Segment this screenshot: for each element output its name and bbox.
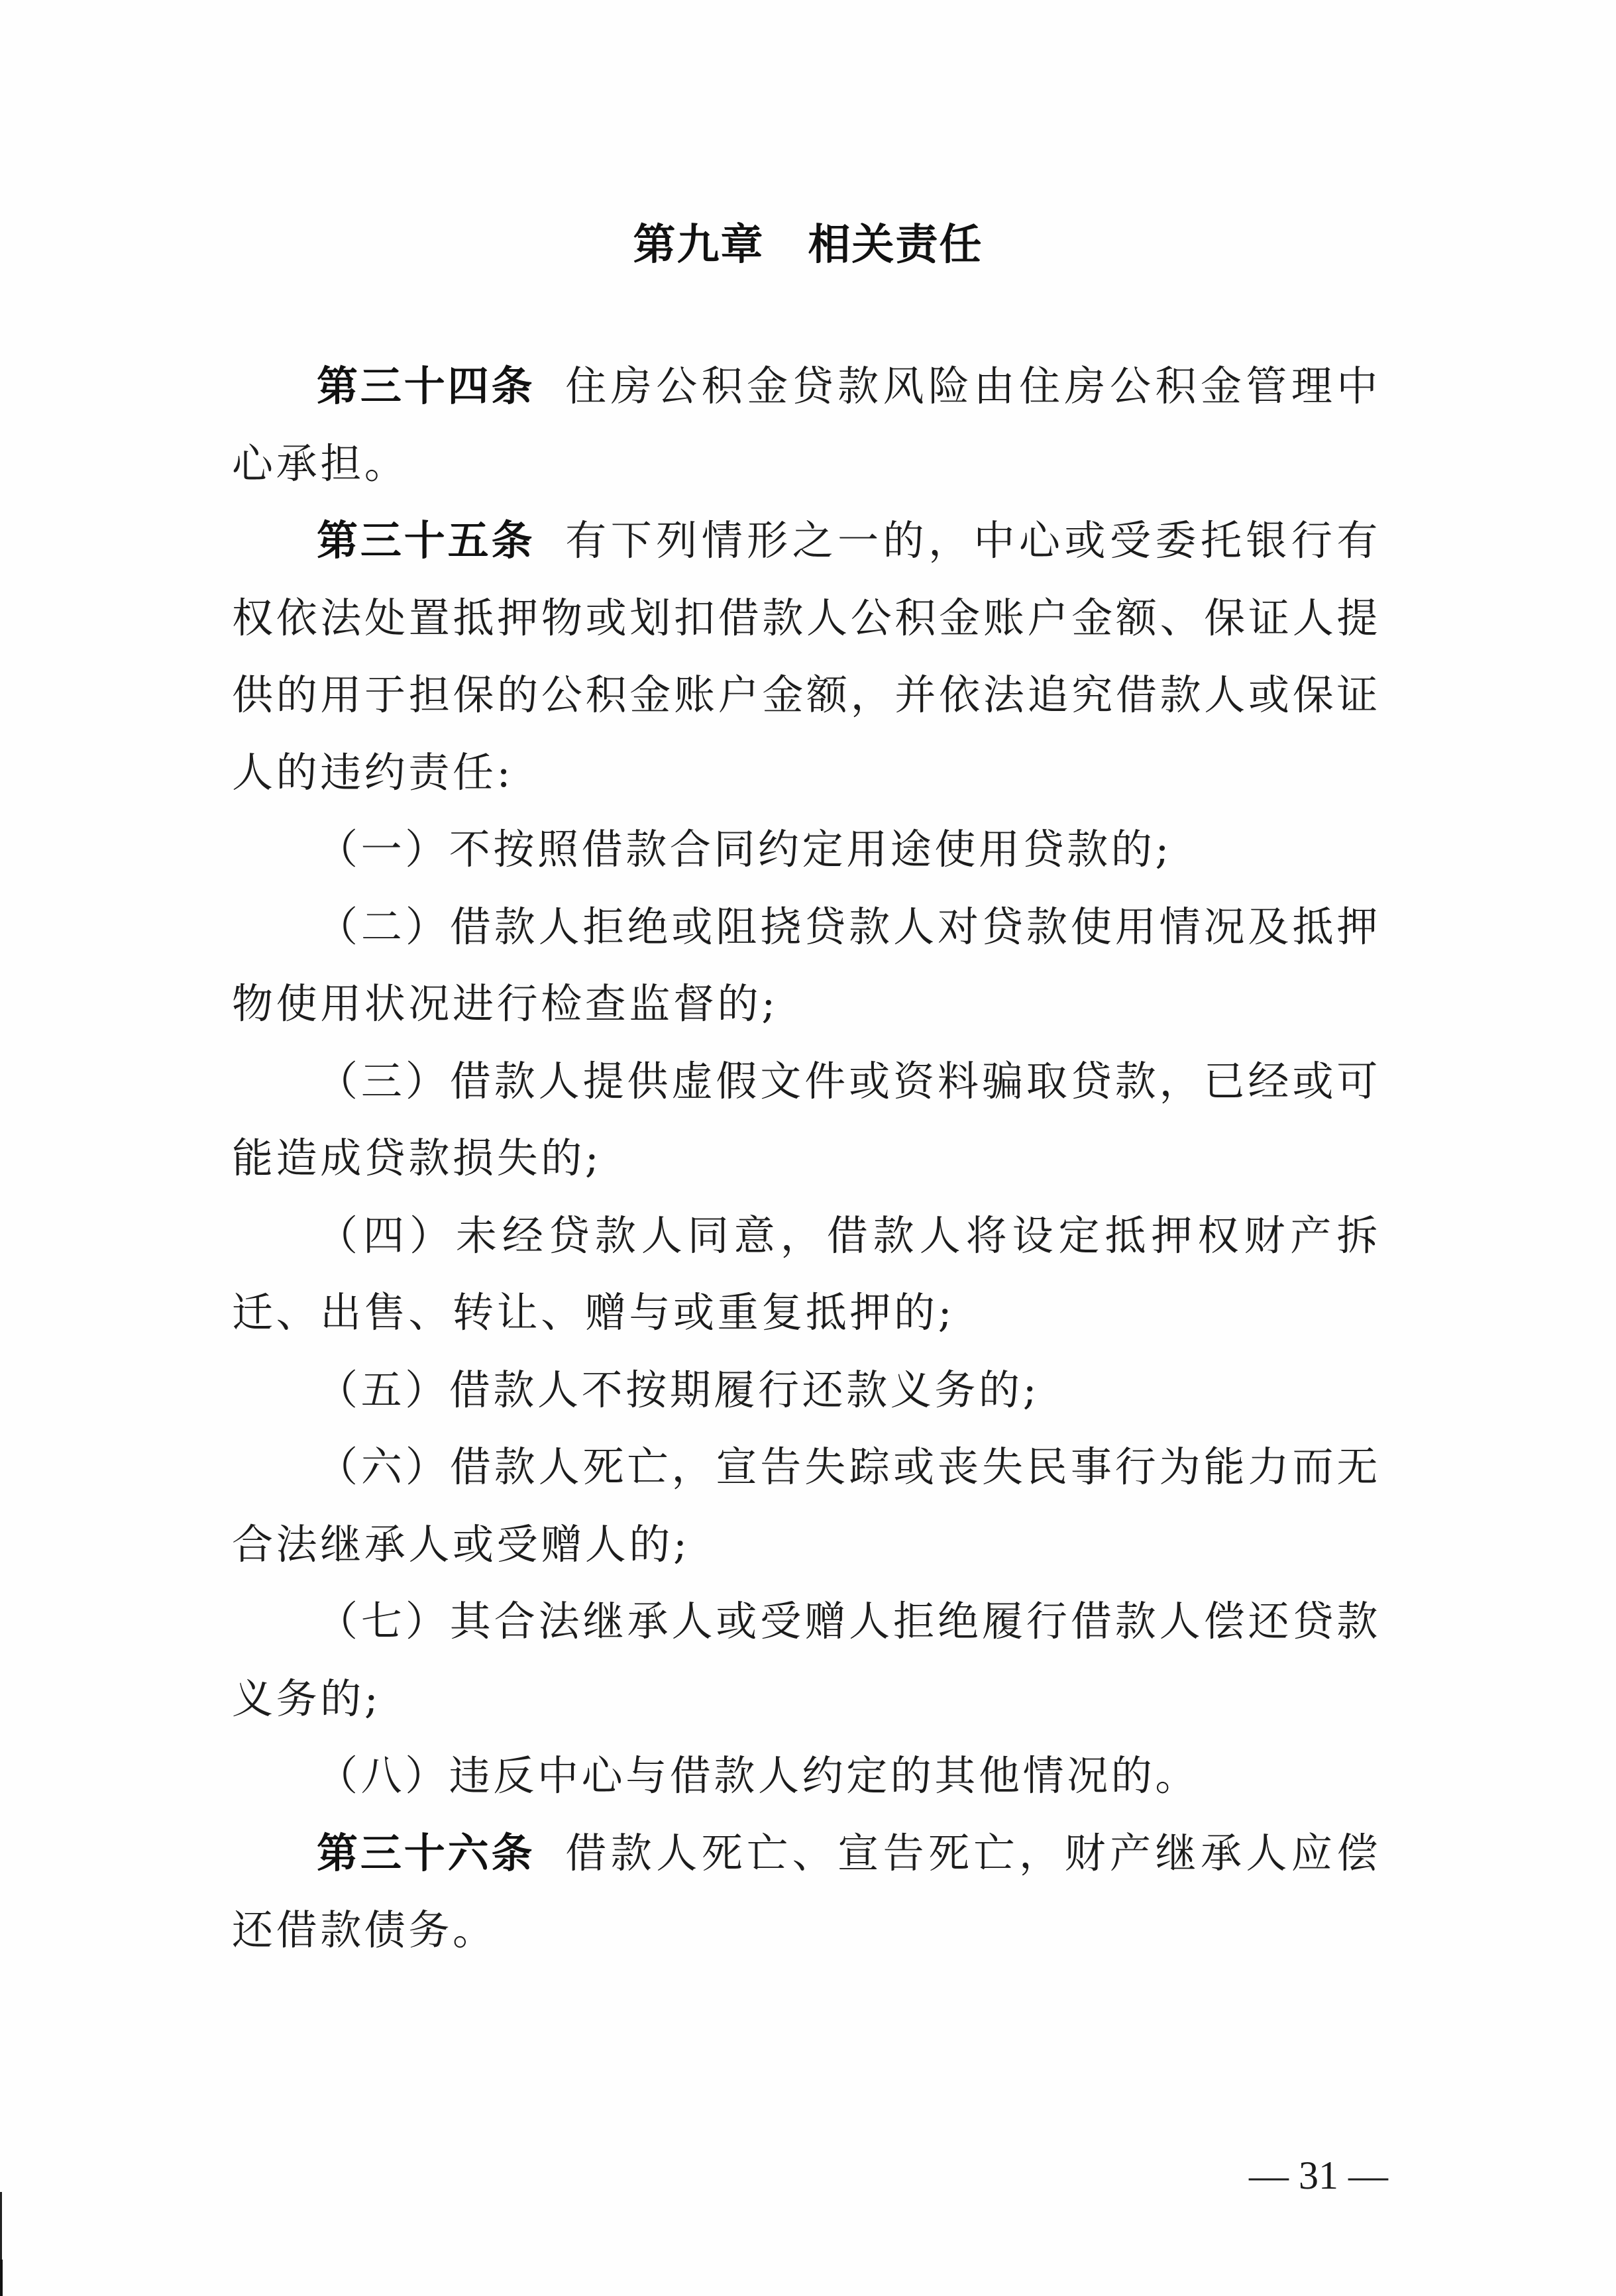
chapter-title: 第九章相关责任 xyxy=(0,212,1616,278)
document-body: 第三十四条住房公积金贷款风险由住房公积金管理中心承担。 第三十五条有下列情形之一… xyxy=(232,348,1381,1969)
document-page: 第九章相关责任 第三十四条住房公积金贷款风险由住房公积金管理中心承担。 第三十五… xyxy=(0,0,1616,2296)
list-item-4: （四）未经贷款人同意，借款人将设定抵押权财产拆迁、出售、转让、赠与或重复抵押的; xyxy=(232,1197,1381,1352)
chapter-name: 相关责任 xyxy=(808,221,983,270)
article-36: 第三十六条借款人死亡、宣告死亡，财产继承人应偿还借款债务。 xyxy=(232,1815,1381,1969)
article-34: 第三十四条住房公积金贷款风险由住房公积金管理中心承担。 xyxy=(232,348,1381,502)
article-number: 第三十四条 xyxy=(317,362,535,410)
article-35: 第三十五条有下列情形之一的，中心或受委托银行有权依法处置抵押物或划扣借款人公积金… xyxy=(232,502,1381,811)
list-item-3: （三）借款人提供虚假文件或资料骗取贷款，已经或可能造成贷款损失的; xyxy=(232,1043,1381,1197)
article-number: 第三十五条 xyxy=(317,516,535,565)
chapter-number: 第九章 xyxy=(633,221,765,270)
list-item-6: （六）借款人死亡，宣告失踪或丧失民事行为能力而无合法继承人或受赠人的; xyxy=(232,1429,1381,1583)
list-item-2: （二）借款人拒绝或阻挠贷款人对贷款使用情况及抵押物使用状况进行检查监督的; xyxy=(232,889,1381,1043)
scan-edge-mark xyxy=(0,2260,3,2296)
list-item-7: （七）其合法继承人或受赠人拒绝履行借款人偿还贷款义务的; xyxy=(232,1583,1381,1737)
list-item-5: （五）借款人不按期履行还款义务的; xyxy=(232,1352,1381,1429)
list-item-1: （一）不按照借款合同约定用途使用贷款的; xyxy=(232,811,1381,889)
article-number: 第三十六条 xyxy=(317,1829,535,1877)
page-number: — 31 — xyxy=(1249,2154,1388,2197)
list-item-8: （八）违反中心与借款人约定的其他情况的。 xyxy=(232,1737,1381,1815)
